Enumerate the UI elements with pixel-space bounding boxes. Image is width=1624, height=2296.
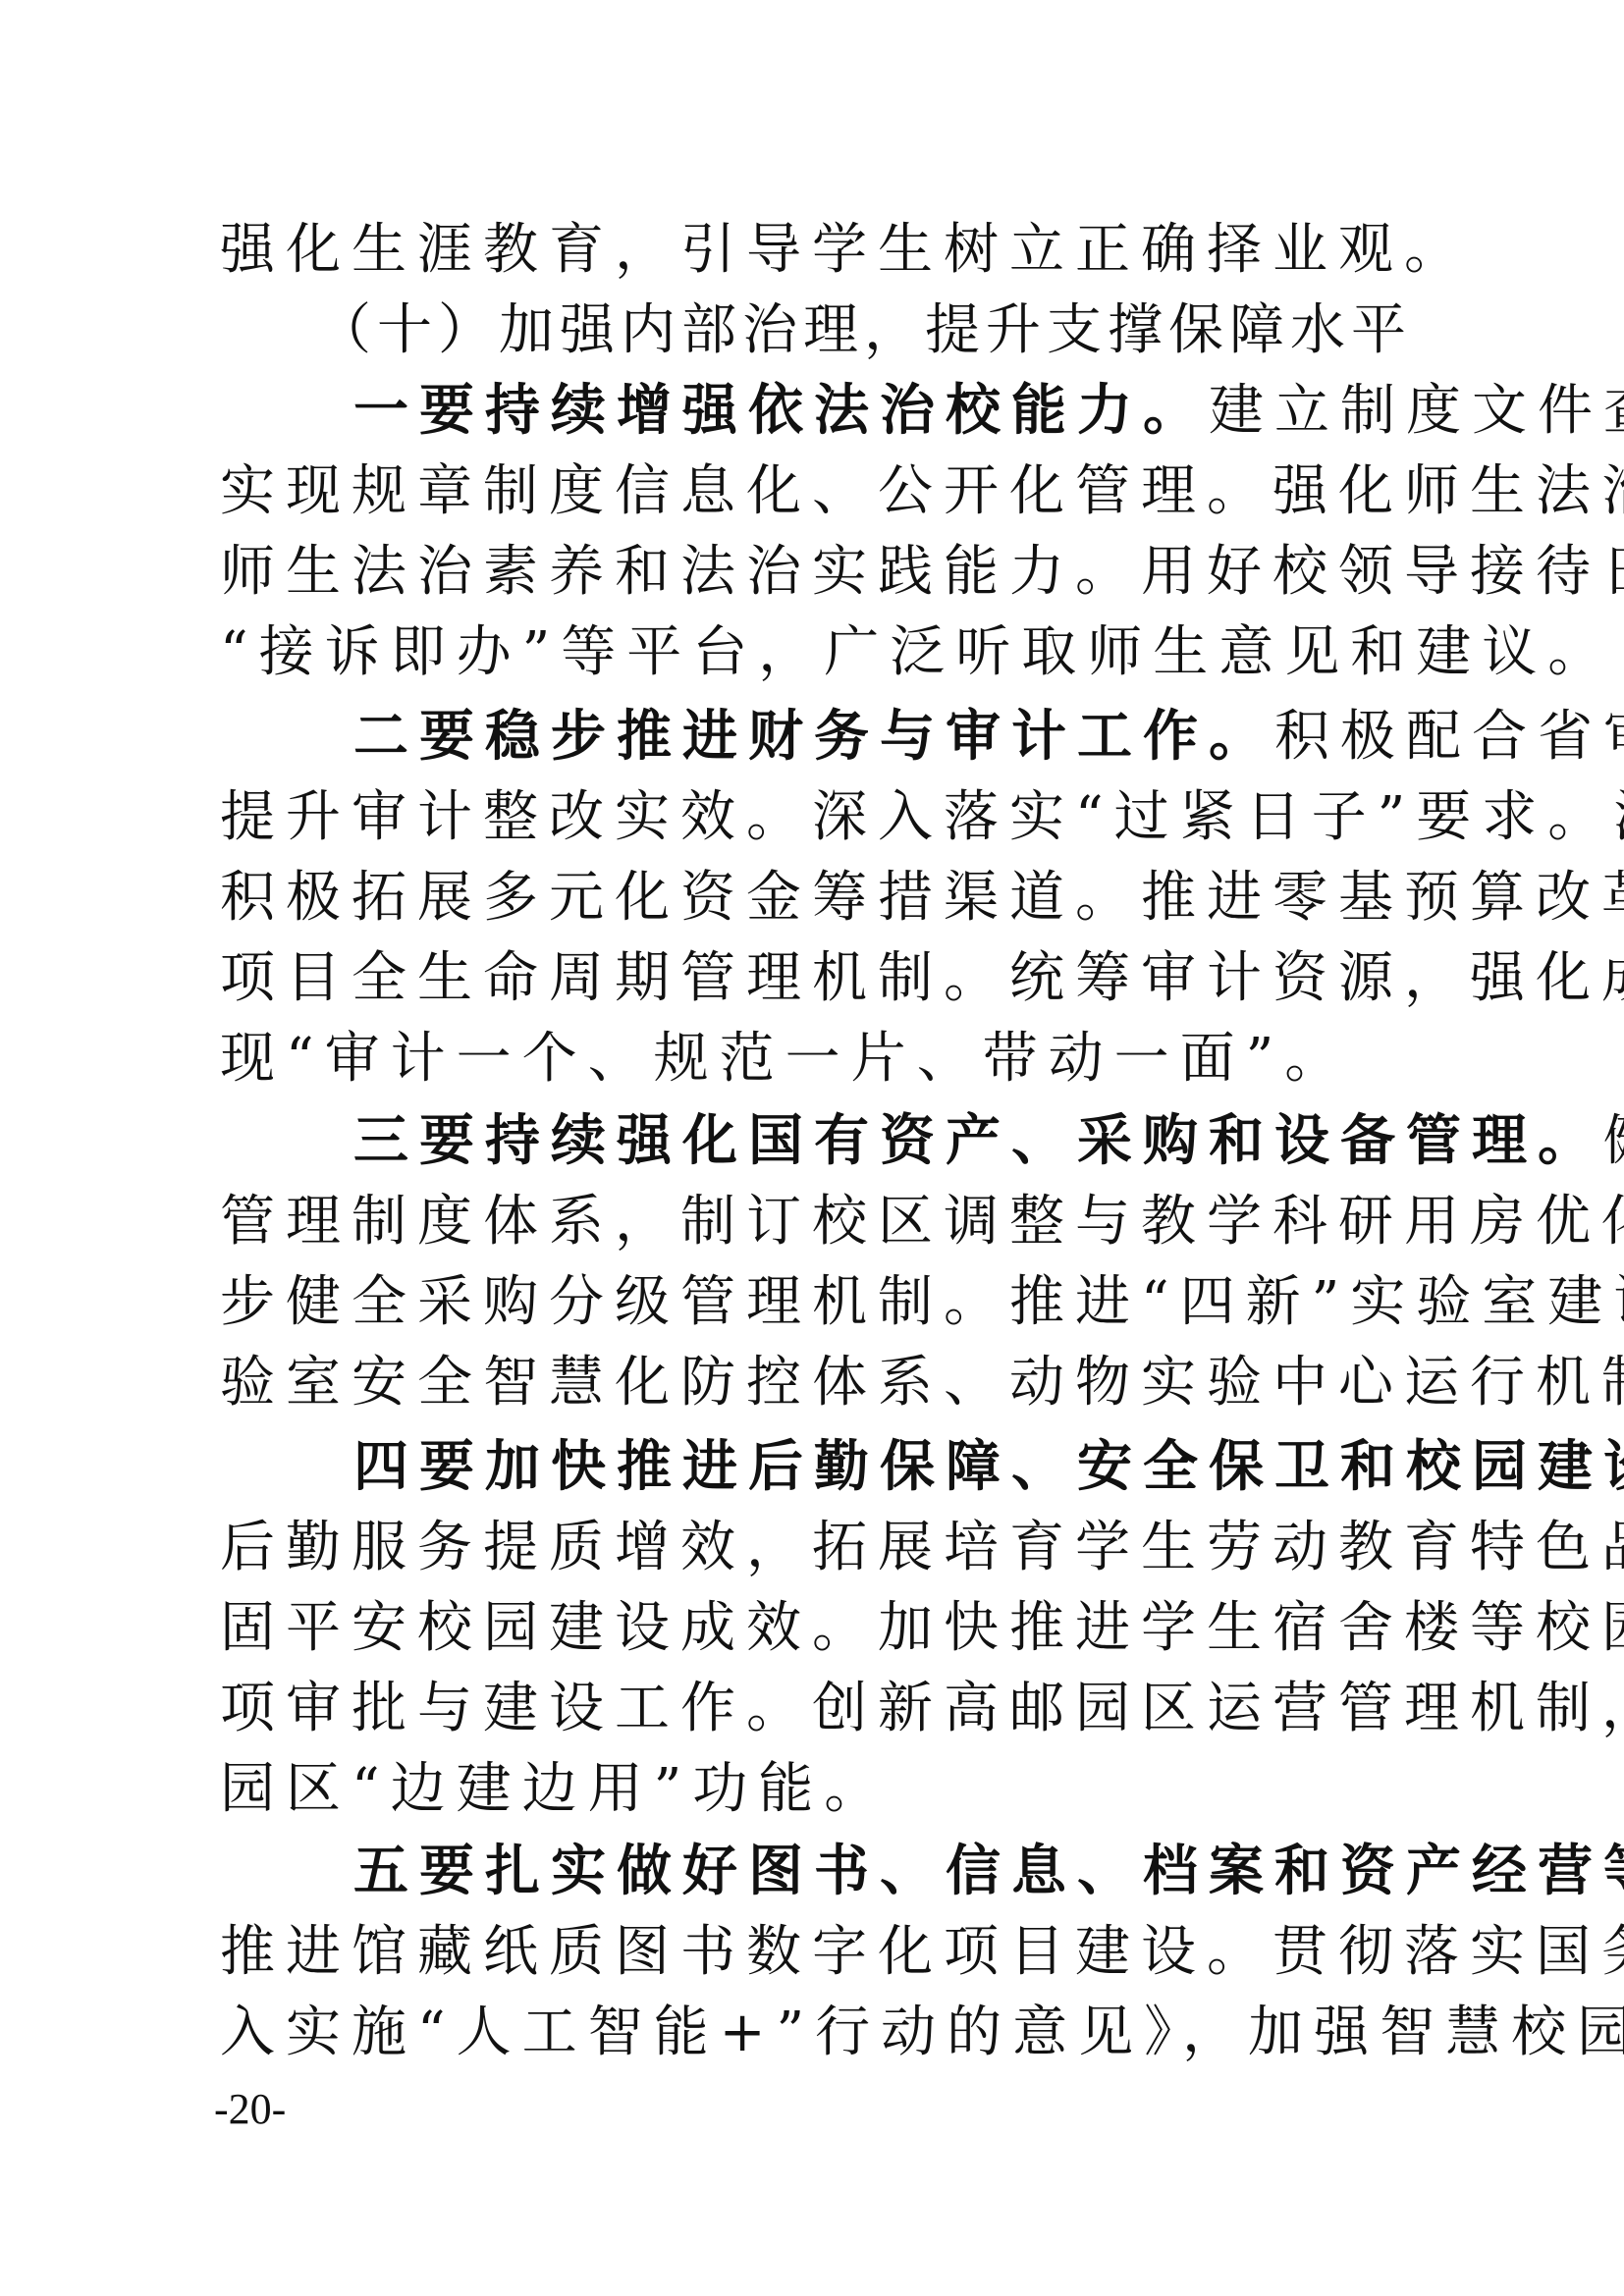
paragraph-4-first-line: 四要加快推进后勤保障、安全保卫和校园建设。有序推进 <box>353 1433 1422 1502</box>
paragraph-2-line-1: 积极配合省审计组工作， <box>1274 705 1624 769</box>
section-heading: （十）加强内部治理，提升支撑保障水平 <box>316 296 1412 365</box>
paragraph-3-line-4: 验室安全智慧化防控体系、动物实验中心运行机制。 <box>220 1349 1422 1417</box>
paragraph-3-lead: 三要持续强化国有资产、采购和设备管理。 <box>353 1109 1603 1173</box>
paragraph-1-line-4: “接诉即办”等平台，广泛听取师生意见和建议。 <box>220 618 1422 687</box>
paragraph-2-line-5: 现“审计一个、规范一片、带动一面”。 <box>220 1025 1422 1094</box>
paragraph-4-line-3: 固平安校园建设成效。加快推进学生宿舍楼等校园重点项目立 <box>220 1594 1422 1663</box>
paragraph-5-lead: 五要扎实做好图书、信息、档案和资产经营等工作。 <box>353 1840 1624 1903</box>
paragraph-3-line-1: 健全国有资产 <box>1603 1109 1624 1173</box>
document-page: 强化生涯教育，引导学生树立正确择业观。 （十）加强内部治理，提升支撑保障水平 一… <box>0 0 1624 2296</box>
paragraph-4-line-4: 项审批与建设工作。创新高邮园区运营管理机制，发挥好高邮 <box>220 1675 1422 1743</box>
body-text-line: 强化生涯教育，引导学生树立正确择业观。 <box>220 216 1422 285</box>
paragraph-4-lead: 四要加快推进后勤保障、安全保卫和校园建设。 <box>353 1435 1624 1499</box>
paragraph-2-lead: 二要稳步推进财务与审计工作。 <box>353 705 1274 769</box>
paragraph-3-line-3: 步健全采购分级管理机制。推进“四新”实验室建设，构建完善实 <box>220 1268 1422 1337</box>
paragraph-2-first-line: 二要稳步推进财务与审计工作。积极配合省审计组工作， <box>353 703 1422 772</box>
page-number: -20- <box>214 2085 286 2134</box>
paragraph-2-line-2: 提升审计整改实效。深入落实“过紧日子”要求。深化银校合作， <box>220 783 1422 852</box>
paragraph-1-line-3: 师生法治素养和法治实践能力。用好校领导接待日、校长信箱、 <box>220 538 1422 607</box>
paragraph-2-line-4: 项目全生命周期管理机制。统筹审计资源，强化成果运用，实 <box>220 944 1422 1013</box>
paragraph-5-first-line: 五要扎实做好图书、信息、档案和资产经营等工作。加快 <box>353 1838 1422 1906</box>
paragraph-5-line-3: 入实施“人工智能+”行动的意见》，加强智慧校园顶层设计，提升 <box>220 1999 1422 2067</box>
paragraph-4-line-5: 园区“边建边用”功能。 <box>220 1755 1422 1824</box>
paragraph-1-lead: 一要持续增强依法治校能力。 <box>353 379 1209 443</box>
paragraph-2-line-3: 积极拓展多元化资金筹措渠道。推进零基预算改革，建立健全 <box>220 864 1422 933</box>
paragraph-4-line-2: 后勤服务提质增效，拓展培育学生劳动教育特色品牌。持续巩 <box>220 1514 1422 1582</box>
paragraph-3-line-2: 管理制度体系，制订校区调整与教学科研用房优化方案。进一 <box>220 1188 1422 1256</box>
paragraph-1-first-line: 一要持续增强依法治校能力。建立制度文件查询管理平台， <box>353 377 1422 446</box>
paragraph-3-first-line: 三要持续强化国有资产、采购和设备管理。健全国有资产 <box>353 1107 1422 1176</box>
paragraph-5-line-2: 推进馆藏纸质图书数字化项目建设。贯彻落实国务院《关于深 <box>220 1918 1422 1987</box>
paragraph-1-line-1: 建立制度文件查询管理平台， <box>1209 379 1624 443</box>
paragraph-1-line-2: 实现规章制度信息化、公开化管理。强化师生法治教育，提升 <box>220 457 1422 526</box>
